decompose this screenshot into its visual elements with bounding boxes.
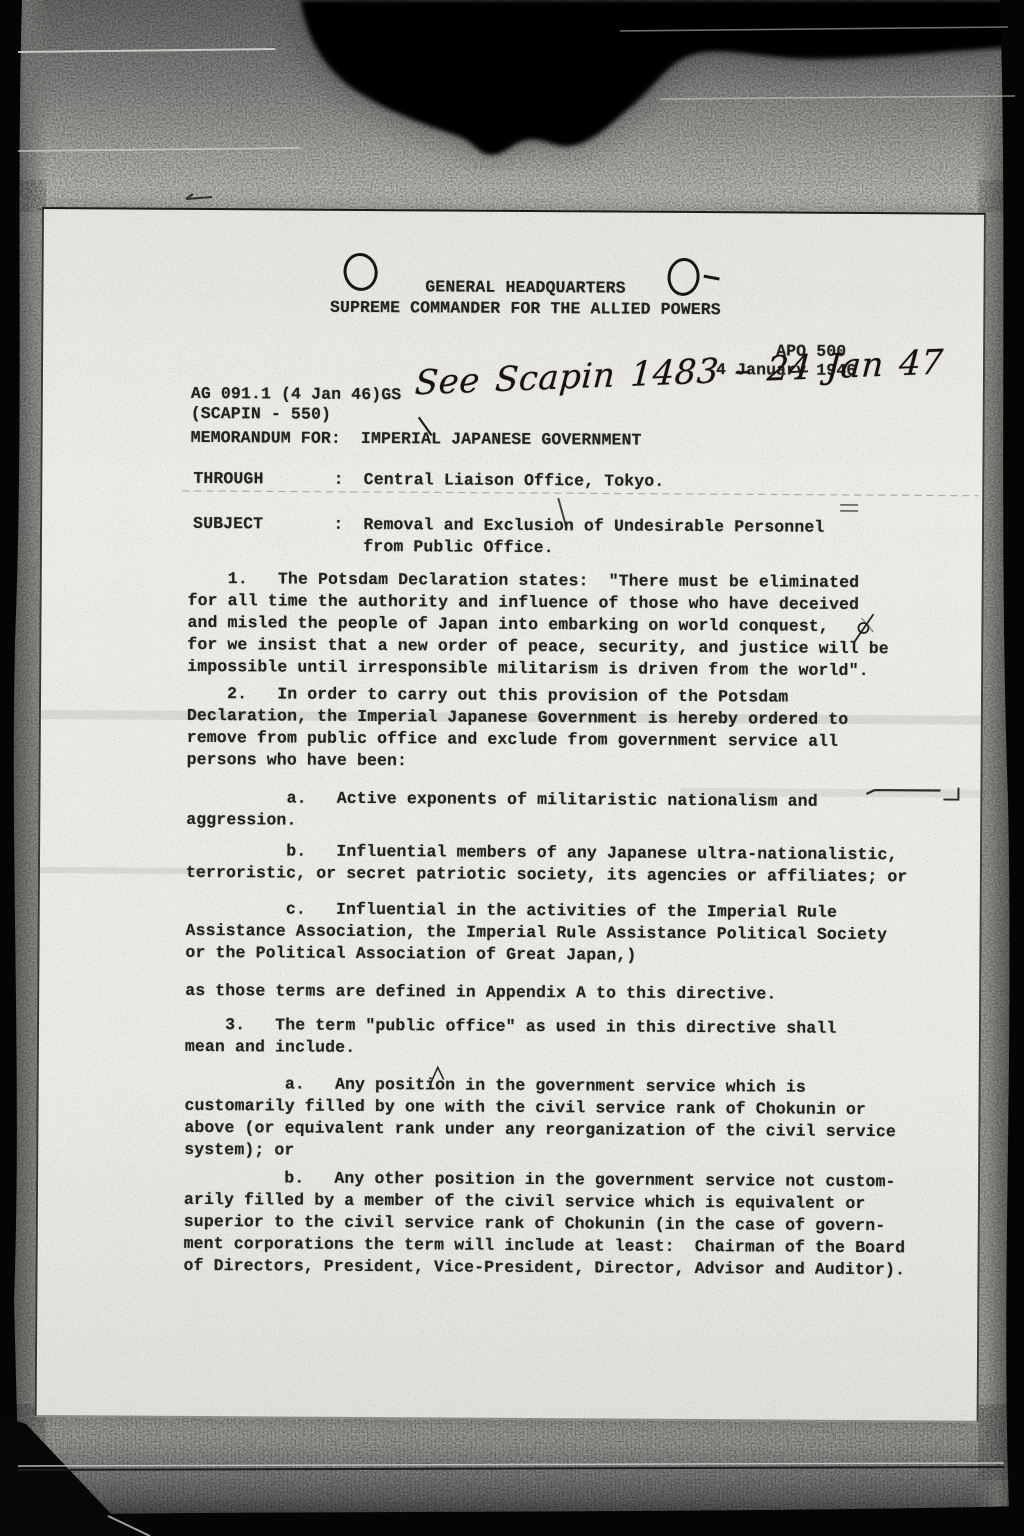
scanned-document: GENERAL HEADQUARTERS SUPREME COMMANDER F… [0,0,1024,1536]
paragraph-2: 2. In order to carry out this provision … [187,683,849,775]
body-line: mean and include. [185,1036,837,1062]
paragraph-terms: as those terms are defined in Appendix A… [185,980,776,1006]
body-line: or the Political Association of Great Ja… [185,942,887,968]
paragraph-2c: c. Influential in the activities of the … [185,898,887,968]
paragraph-1: 1. The Potsdam Declaration states: "Ther… [187,568,889,682]
paragraph-3b: b. Any other position in the government … [183,1167,905,1281]
paragraph-2b: b. Influential members of any Japanese u… [186,840,908,888]
body-line: impossible until irresponsible militaris… [187,656,889,682]
body-line: of Directors, President, Vice-President,… [183,1255,905,1281]
document-page: GENERAL HEADQUARTERS SUPREME COMMANDER F… [35,207,986,1423]
body-line: persons who have been: [187,749,849,775]
body-line: terroristic, or secret patriotic society… [186,862,908,888]
body-line: as those terms are defined in Appendix A… [185,980,776,1006]
paragraph-3a: a. Any position in the government servic… [184,1073,896,1165]
body-line: aggression. [186,809,817,835]
document-body: 1. The Potsdam Declaration states: "Ther… [37,209,984,1423]
paragraph-3: 3. The term "public office" as used in t… [185,1014,837,1062]
body-line: system); or [184,1139,896,1165]
paragraph-2a: a. Active exponents of militaristic nati… [186,787,818,835]
